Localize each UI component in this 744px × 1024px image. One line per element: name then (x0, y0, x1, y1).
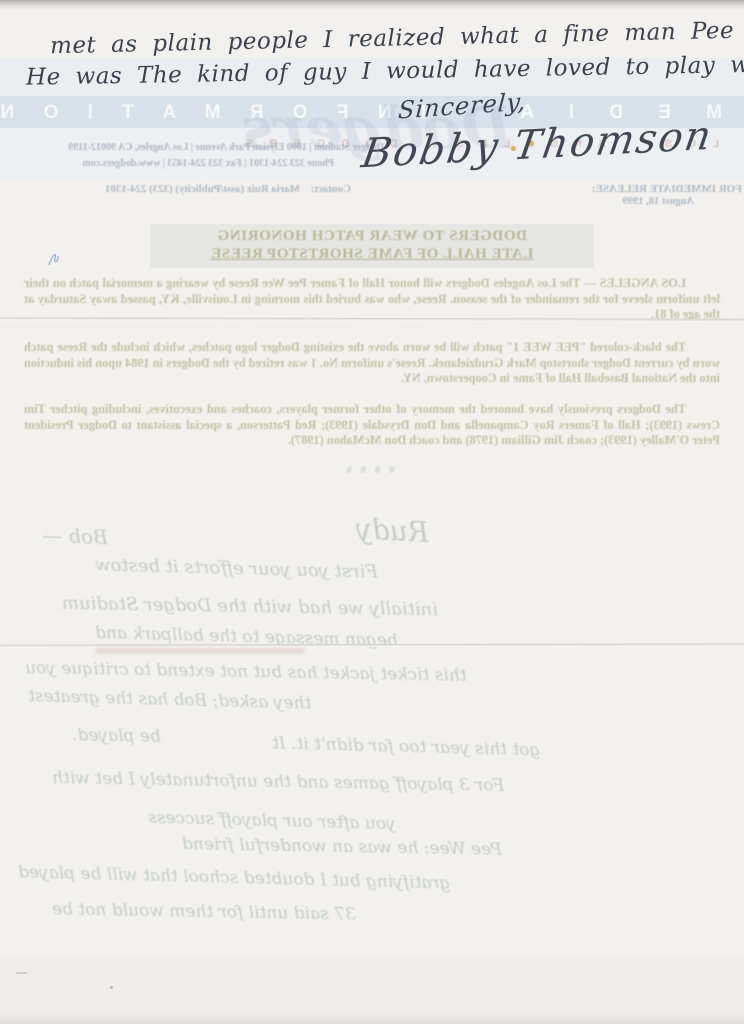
reverse-handwriting-line: Pee Wee: he was an wonderful friend (182, 834, 502, 860)
reverse-handwriting-line: For 3 playoff games and the unfortunatel… (52, 768, 505, 796)
reverse-handwriting-line: initially we had with the Dodger Stadium (62, 593, 438, 621)
paper-speck (110, 986, 113, 989)
reverse-handwriting-line: they asked; Bob has the greatest (28, 686, 312, 713)
reverse-handwriting-line: 37 said until for them would not be (52, 899, 356, 924)
reverse-handwriting-line: got this year too far didn't it. It (272, 733, 541, 760)
paper-speck (16, 972, 27, 974)
fold-smudge (95, 648, 305, 654)
reverse-handwriting-line: First you your efforts it bestow (95, 554, 378, 582)
reverse-handwriting-line: be played. (72, 725, 161, 747)
reverse-handwriting-line: you after our playoff success (148, 808, 396, 834)
reverse-handwriting-line: this ticket jacket has but not extend to… (25, 658, 467, 686)
scan-edge-top (0, 0, 744, 10)
scan-edge-bottom (0, 1012, 744, 1024)
reverse-handwriting-line: Bob — (42, 523, 109, 549)
reverse-handwriting-line: gratifying but I doubted school that wil… (18, 862, 451, 893)
reverse-handwriting-line: Rudy (355, 512, 429, 549)
scanned-letter-page: M E D I A I N F O R M A T I O N Dodgers … (0, 0, 744, 1024)
